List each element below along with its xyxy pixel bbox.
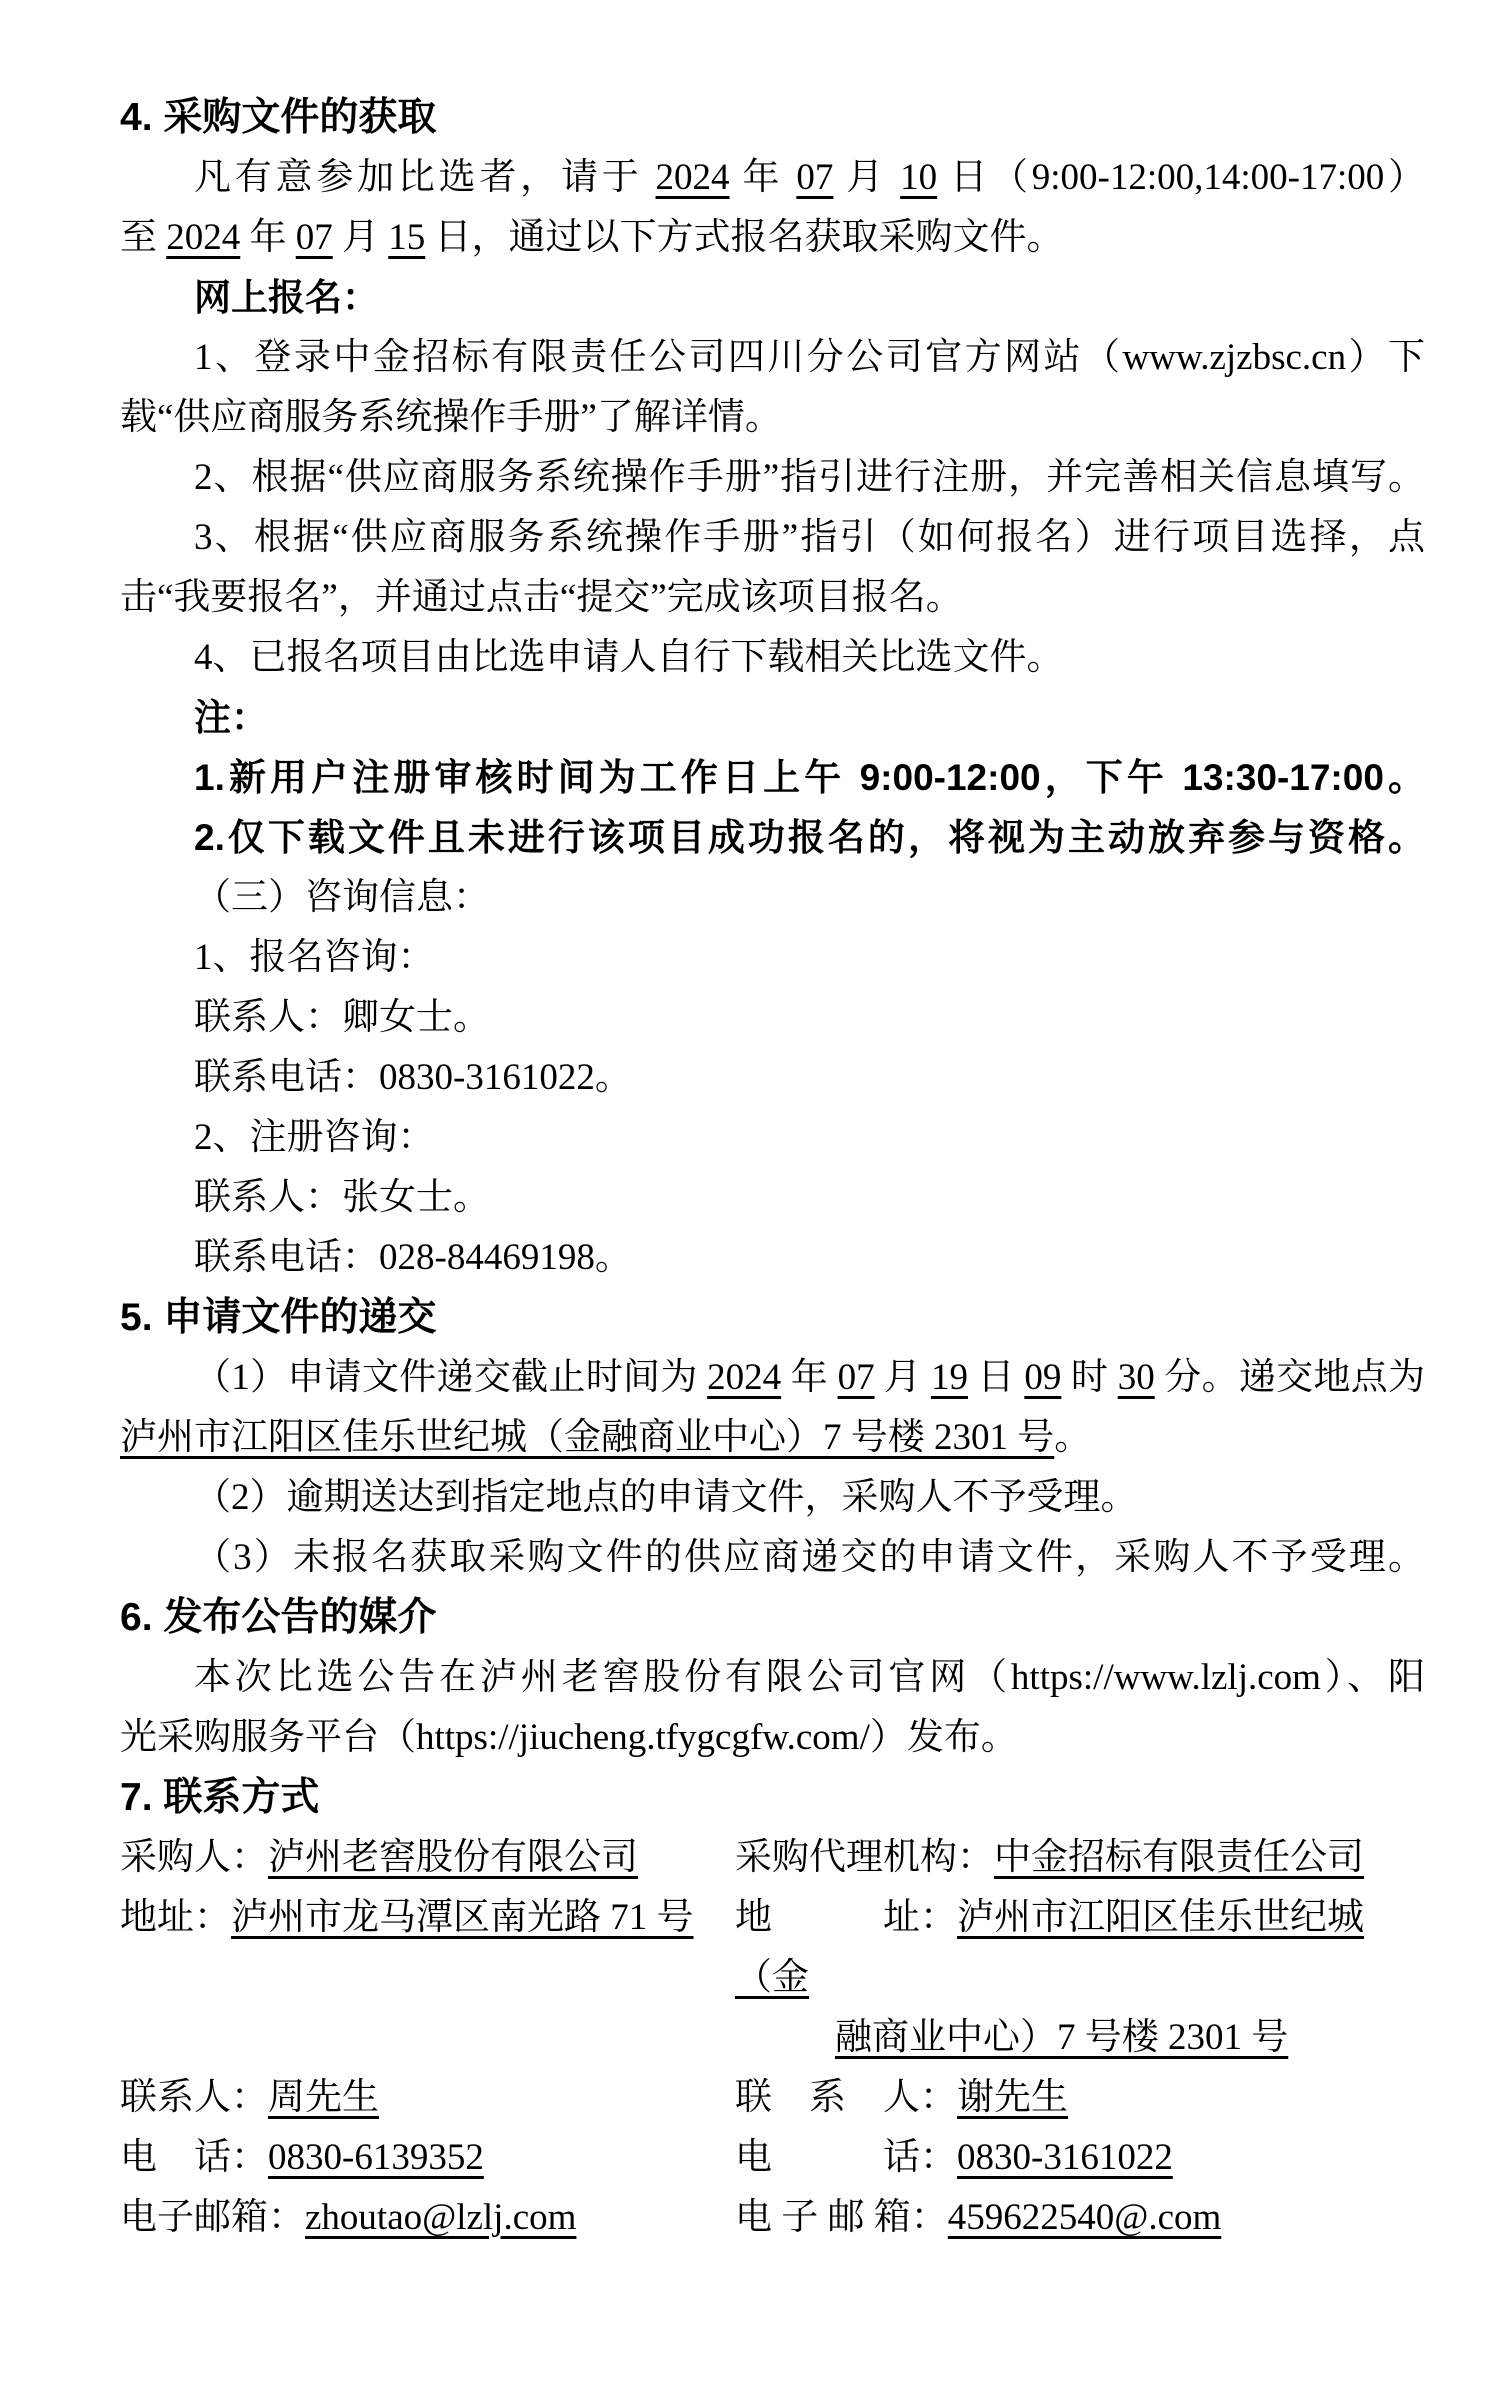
contact-value: 周先生: [268, 2077, 379, 2118]
text-segment: 2.仅下载文件且未进行该项目成功报名的，将视为主动放弃参与资格。: [194, 817, 1425, 858]
section-heading: 5. 申请文件的递交: [120, 1288, 1425, 1348]
text-segment: 载“供应商服务系统操作手册”了解详情。: [120, 397, 782, 438]
contact-cell-right: 电 话：0830-3161022: [735, 2128, 1425, 2188]
text-segment: 年: [240, 217, 296, 258]
contact-label: 电 子 邮 箱：: [735, 2197, 948, 2238]
contact-value: 泸州市龙马潭区南光路 71 号: [231, 1897, 694, 1938]
text-segment: 2、注册咨询：: [194, 1117, 435, 1158]
document-line: 联系电话：0830-3161022。: [120, 1048, 1425, 1108]
contact-value: zhoutao@lzlj.com: [305, 2197, 576, 2238]
text-segment: 联系电话：0830-3161022。: [194, 1057, 632, 1098]
text-segment: 5. 申请文件的递交: [120, 1296, 436, 1339]
underlined-text-segment: 10: [900, 157, 937, 198]
underlined-text-segment: 2024: [707, 1357, 781, 1398]
text-segment: 注：: [194, 697, 268, 738]
document-line: 4、已报名项目由比选申请人自行下载相关比选文件。: [120, 628, 1425, 688]
underlined-text-segment: 09: [1024, 1357, 1061, 1398]
underlined-text-segment: 泸州市江阳区佳乐世纪城（金融商业中心）7 号楼 2301 号: [120, 1417, 1054, 1458]
contact-value: 泸州老窖股份有限公司: [268, 1837, 638, 1878]
text-segment: 月: [875, 1357, 931, 1398]
text-segment: 本次比选公告在泸州老窖股份有限公司官网（https://www.lzlj.com…: [194, 1657, 1425, 1698]
underlined-text-segment: 07: [838, 1357, 875, 1398]
document-line: 1、报名咨询：: [120, 928, 1425, 988]
section-heading: 6. 发布公告的媒介: [120, 1588, 1425, 1648]
text-segment: 分。递交地点为: [1155, 1357, 1425, 1398]
contact-label: 地 址：: [735, 1897, 957, 1938]
contact-label: 联 系 人：: [735, 2077, 957, 2118]
text-segment: 月: [333, 217, 389, 258]
text-segment: 1.新用户注册审核时间为工作日上午 9:00-12:00，下午 13:30-17…: [194, 757, 1425, 798]
contact-cell-right: 电 子 邮 箱：459622540@.com: [735, 2188, 1425, 2248]
text-segment: 4. 采购文件的获取: [120, 96, 436, 139]
underlined-text-segment: 2024: [166, 217, 240, 258]
text-segment: 年: [781, 1357, 837, 1398]
document-line: 联系人：张女士。: [120, 1168, 1425, 1228]
contact-cell-left: 电 话：0830-6139352: [120, 2128, 735, 2188]
underlined-text-segment: 30: [1118, 1357, 1155, 1398]
document-line: 联系电话：028-84469198。: [120, 1228, 1425, 1288]
document-line: 击“我要报名”，并通过点击“提交”完成该项目报名。: [120, 568, 1425, 628]
contact-row: 地址：泸州市龙马潭区南光路 71 号地 址：泸州市江阳区佳乐世纪城（金: [120, 1888, 1425, 2008]
contact-value: 中金招标有限责任公司: [994, 1837, 1364, 1878]
contact-value: 谢先生: [957, 2077, 1068, 2118]
document-line: （3）未报名获取采购文件的供应商递交的申请文件，采购人不予受理。: [120, 1528, 1425, 1588]
contact-row: 融商业中心）7 号楼 2301 号: [120, 2008, 1425, 2068]
document-line: 2.仅下载文件且未进行该项目成功报名的，将视为主动放弃参与资格。: [120, 808, 1425, 868]
text-segment: 至: [120, 217, 166, 258]
text-segment: 凡有意参加比选者，请于: [194, 157, 656, 198]
contact-cell-left: 地址：泸州市龙马潭区南光路 71 号: [120, 1888, 735, 2008]
text-segment: 7. 联系方式: [120, 1776, 319, 1819]
document-line: 网上报名：: [120, 268, 1425, 328]
document-line: （三）咨询信息：: [120, 868, 1425, 928]
contact-value: 0830-3161022: [957, 2137, 1173, 2178]
document-line: 注：: [120, 688, 1425, 748]
text-segment: 网上报名：: [194, 277, 379, 318]
contact-cell-left: 联系人：周先生: [120, 2068, 735, 2128]
document-line: 泸州市江阳区佳乐世纪城（金融商业中心）7 号楼 2301 号。: [120, 1408, 1425, 1468]
contact-label: 联系人：: [120, 2077, 268, 2118]
contact-cell-left: 采购人：泸州老窖股份有限公司: [120, 1828, 735, 1888]
contact-value: 0830-6139352: [268, 2137, 484, 2178]
document-line: 1、登录中金招标有限责任公司四川分公司官方网站（www.zjzbsc.cn）下: [120, 328, 1425, 388]
underlined-text-segment: 19: [931, 1357, 968, 1398]
contact-label: 电 话：: [735, 2137, 957, 2178]
underlined-text-segment: 2024: [656, 157, 730, 198]
text-segment: 联系电话：028-84469198。: [194, 1237, 632, 1278]
document-line: 2、根据“供应商服务系统操作手册”指引进行注册，并完善相关信息填写。: [120, 448, 1425, 508]
text-segment: 4、已报名项目由比选申请人自行下载相关比选文件。: [194, 637, 1064, 678]
contact-cell-right: 地 址：泸州市江阳区佳乐世纪城（金: [735, 1888, 1425, 2008]
contact-cell-left: [120, 2008, 735, 2068]
text-segment: 3、根据“供应商服务系统操作手册”指引（如何报名）进行项目选择，点: [194, 517, 1425, 558]
document-line: 光采购服务平台（https://jiucheng.tfygcgfw.com/）发…: [120, 1708, 1425, 1768]
contact-row: 联系人：周先生联 系 人：谢先生: [120, 2068, 1425, 2128]
text-segment: （三）咨询信息：: [194, 877, 490, 918]
contact-value: 融商业中心）7 号楼 2301 号: [835, 2017, 1288, 2058]
document-line: 2、注册咨询：: [120, 1108, 1425, 1168]
contact-value: 459622540@.com: [948, 2197, 1222, 2238]
text-segment: （3）未报名获取采购文件的供应商递交的申请文件，采购人不予受理。: [194, 1537, 1425, 1578]
text-segment: 击“我要报名”，并通过点击“提交”完成该项目报名。: [120, 577, 963, 618]
underlined-text-segment: 07: [296, 217, 333, 258]
contact-row: 采购人：泸州老窖股份有限公司采购代理机构：中金招标有限责任公司: [120, 1828, 1425, 1888]
document-body: 4. 采购文件的获取凡有意参加比选者，请于 2024 年 07 月 10 日（9…: [120, 88, 1425, 2248]
section-heading: 7. 联系方式: [120, 1768, 1425, 1828]
text-segment: 日（9:00-12:00,14:00-17:00）: [937, 157, 1425, 198]
document-line: （2）逾期送达到指定地点的申请文件，采购人不予受理。: [120, 1468, 1425, 1528]
contact-cell-right: 联 系 人：谢先生: [735, 2068, 1425, 2128]
text-segment: 日: [968, 1357, 1024, 1398]
contact-row: 电子邮箱：zhoutao@lzlj.com电 子 邮 箱：459622540@.…: [120, 2188, 1425, 2248]
contact-cell-right: 采购代理机构：中金招标有限责任公司: [735, 1828, 1425, 1888]
document-line: 3、根据“供应商服务系统操作手册”指引（如何报名）进行项目选择，点: [120, 508, 1425, 568]
text-segment: 。: [1054, 1417, 1091, 1458]
text-segment: 6. 发布公告的媒介: [120, 1596, 436, 1639]
text-segment: （2）逾期送达到指定地点的申请文件，采购人不予受理。: [194, 1477, 1138, 1518]
text-segment: 时: [1061, 1357, 1117, 1398]
document-line: 载“供应商服务系统操作手册”了解详情。: [120, 388, 1425, 448]
document-page: 4. 采购文件的获取凡有意参加比选者，请于 2024 年 07 月 10 日（9…: [0, 0, 1500, 2394]
text-segment: 联系人：张女士。: [194, 1177, 490, 1218]
document-line: 凡有意参加比选者，请于 2024 年 07 月 10 日（9:00-12:00,…: [120, 148, 1425, 208]
document-line: 联系人：卿女士。: [120, 988, 1425, 1048]
document-line: 本次比选公告在泸州老窖股份有限公司官网（https://www.lzlj.com…: [120, 1648, 1425, 1708]
contact-label: 采购人：: [120, 1837, 268, 1878]
text-segment: 光采购服务平台（https://jiucheng.tfygcgfw.com/）发…: [120, 1717, 1018, 1758]
contact-label: 采购代理机构：: [735, 1837, 994, 1878]
document-line: 至 2024 年 07 月 15 日，通过以下方式报名获取采购文件。: [120, 208, 1425, 268]
underlined-text-segment: 15: [388, 217, 425, 258]
document-line: （1）申请文件递交截止时间为 2024 年 07 月 19 日 09 时 30 …: [120, 1348, 1425, 1408]
text-segment: 月: [833, 157, 900, 198]
document-line: 1.新用户注册审核时间为工作日上午 9:00-12:00，下午 13:30-17…: [120, 748, 1425, 808]
text-segment: 1、登录中金招标有限责任公司四川分公司官方网站（www.zjzbsc.cn）下: [194, 337, 1425, 378]
section-heading: 4. 采购文件的获取: [120, 88, 1425, 148]
contact-cell-left: 电子邮箱：zhoutao@lzlj.com: [120, 2188, 735, 2248]
contact-label: 电子邮箱：: [120, 2197, 305, 2238]
text-segment: 年: [730, 157, 797, 198]
text-segment: 2、根据“供应商服务系统操作手册”指引进行注册，并完善相关信息填写。: [194, 457, 1425, 498]
text-segment: （1）申请文件递交截止时间为: [194, 1357, 707, 1398]
contact-cell-right: 融商业中心）7 号楼 2301 号: [735, 2008, 1425, 2068]
text-segment: 1、报名咨询：: [194, 937, 435, 978]
contact-label: 电 话：: [120, 2137, 268, 2178]
text-segment: 日，通过以下方式报名获取采购文件。: [425, 217, 1063, 258]
underlined-text-segment: 07: [796, 157, 833, 198]
contact-label: 地址：: [120, 1897, 231, 1938]
text-segment: 联系人：卿女士。: [194, 997, 490, 1038]
contact-row: 电 话：0830-6139352电 话：0830-3161022: [120, 2128, 1425, 2188]
